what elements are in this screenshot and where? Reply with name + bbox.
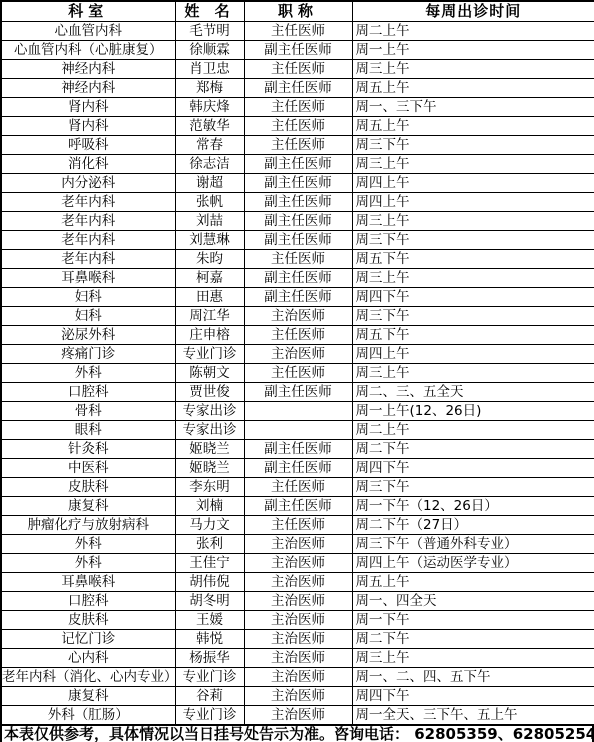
department-cell: 口腔科 [1, 591, 175, 610]
time-cell: 周二、三、五全天 [352, 382, 594, 401]
time-cell: 周一、二、四、五下午 [352, 667, 594, 686]
table-body: 心血管内科毛节明主任医师周二上午心血管内科（心脏康复）徐顺霖副主任医师周一上午神… [1, 21, 594, 725]
department-cell: 外科（肛肠） [1, 705, 175, 725]
name-cell: 专家出诊 [175, 420, 244, 439]
department-cell: 神经内科 [1, 78, 175, 97]
time-cell: 周三下午 [352, 230, 594, 249]
name-cell: 张利 [175, 534, 244, 553]
table-row: 外科王佳宁主治医师周四上午（运动医学专业） [1, 553, 594, 572]
time-cell: 周二上午 [352, 420, 594, 439]
name-cell: 徐志洁 [175, 154, 244, 173]
department-cell: 妇科 [1, 306, 175, 325]
table-row: 心血管内科（心脏康复）徐顺霖副主任医师周一上午 [1, 40, 594, 59]
table-row: 心内科杨振华主治医师周三上午 [1, 648, 594, 667]
name-cell: 姬晓兰 [175, 458, 244, 477]
department-cell: 皮肤科 [1, 610, 175, 629]
table-row: 耳鼻喉科柯嘉副主任医师周三上午 [1, 268, 594, 287]
department-cell: 泌尿外科 [1, 325, 175, 344]
table-row: 针灸科姬晓兰副主任医师周二下午 [1, 439, 594, 458]
title-cell [244, 401, 352, 420]
name-cell: 专业门诊 [175, 667, 244, 686]
title-cell: 主治医师 [244, 610, 352, 629]
doctor-schedule-table: 科室 姓 名 职称 每周出诊时间 心血管内科毛节明主任医师周二上午心血管内科（心… [0, 0, 594, 726]
title-cell: 主治医师 [244, 648, 352, 667]
name-cell: 郑梅 [175, 78, 244, 97]
department-cell: 内分泌科 [1, 173, 175, 192]
time-cell: 周四下午 [352, 287, 594, 306]
time-cell: 周四上午 [352, 344, 594, 363]
time-cell: 周五上午 [352, 116, 594, 135]
table-row: 肿瘤化疗与放射病科马力文主任医师周二下午（27日） [1, 515, 594, 534]
table-row: 消化科徐志洁副主任医师周三上午 [1, 154, 594, 173]
time-cell: 周一、四全天 [352, 591, 594, 610]
title-cell: 主治医师 [244, 572, 352, 591]
name-cell: 专家出诊 [175, 401, 244, 420]
title-cell [244, 420, 352, 439]
time-cell: 周五上午 [352, 572, 594, 591]
table-row: 妇科周江华主治医师周三下午 [1, 306, 594, 325]
title-cell: 主治医师 [244, 591, 352, 610]
table-row: 皮肤科李东明主任医师周三下午 [1, 477, 594, 496]
name-cell: 王佳宁 [175, 553, 244, 572]
name-cell: 刘喆 [175, 211, 244, 230]
table-row: 外科陈朝文主任医师周三上午 [1, 363, 594, 382]
table-row: 神经内科肖卫忠主任医师周三上午 [1, 59, 594, 78]
time-cell: 周二下午（27日） [352, 515, 594, 534]
table-row: 肾内科范敏华主任医师周五上午 [1, 116, 594, 135]
time-cell: 周四上午 [352, 173, 594, 192]
title-cell: 副主任医师 [244, 154, 352, 173]
time-cell: 周一上午(12、26日) [352, 401, 594, 420]
department-cell: 妇科 [1, 287, 175, 306]
name-cell: 柯嘉 [175, 268, 244, 287]
table-row: 呼吸科常春主任医师周三下午 [1, 135, 594, 154]
department-cell: 康复科 [1, 496, 175, 515]
time-cell: 周三上午 [352, 648, 594, 667]
department-cell: 外科 [1, 553, 175, 572]
name-cell: 李东明 [175, 477, 244, 496]
time-cell: 周一下午 [352, 610, 594, 629]
department-cell: 老年内科 [1, 230, 175, 249]
title-cell: 主任医师 [244, 21, 352, 40]
department-cell: 肾内科 [1, 116, 175, 135]
title-cell: 副主任医师 [244, 287, 352, 306]
title-cell: 主治医师 [244, 553, 352, 572]
title-cell: 主治医师 [244, 705, 352, 725]
table-row: 老年内科刘喆副主任医师周三上午 [1, 211, 594, 230]
name-cell: 常春 [175, 135, 244, 154]
time-cell: 周一下午（12、26日） [352, 496, 594, 515]
time-cell: 周一全天、三下午、五上午 [352, 705, 594, 725]
department-cell: 老年内科（消化、心内专业） [1, 667, 175, 686]
time-cell: 周三上午 [352, 154, 594, 173]
table-row: 眼科专家出诊周二上午 [1, 420, 594, 439]
name-cell: 张帆 [175, 192, 244, 211]
header-department: 科室 [1, 1, 175, 21]
time-cell: 周三上午 [352, 363, 594, 382]
name-cell: 姬晓兰 [175, 439, 244, 458]
title-cell: 副主任医师 [244, 78, 352, 97]
department-cell: 记忆门诊 [1, 629, 175, 648]
title-cell: 主任医师 [244, 116, 352, 135]
name-cell: 谷莉 [175, 686, 244, 705]
department-cell: 心内科 [1, 648, 175, 667]
time-cell: 周三下午（普通外科专业） [352, 534, 594, 553]
department-cell: 老年内科 [1, 192, 175, 211]
name-cell: 肖卫忠 [175, 59, 244, 78]
title-cell: 副主任医师 [244, 382, 352, 401]
name-cell: 刘慧琳 [175, 230, 244, 249]
title-cell: 主治医师 [244, 344, 352, 363]
name-cell: 韩悦 [175, 629, 244, 648]
time-cell: 周一、三下午 [352, 97, 594, 116]
table-row: 心血管内科毛节明主任医师周二上午 [1, 21, 594, 40]
table-row: 老年内科张帆副主任医师周四上午 [1, 192, 594, 211]
table-row: 记忆门诊韩悦主治医师周二下午 [1, 629, 594, 648]
time-cell: 周四下午 [352, 458, 594, 477]
name-cell: 王媛 [175, 610, 244, 629]
title-cell: 主治医师 [244, 306, 352, 325]
time-cell: 周三上午 [352, 268, 594, 287]
name-cell: 专业门诊 [175, 344, 244, 363]
department-cell: 老年内科 [1, 249, 175, 268]
time-cell: 周二下午 [352, 629, 594, 648]
header-schedule-time: 每周出诊时间 [352, 1, 594, 21]
name-cell: 韩庆烽 [175, 97, 244, 116]
department-cell: 康复科 [1, 686, 175, 705]
title-cell: 副主任医师 [244, 40, 352, 59]
time-cell: 周二下午 [352, 439, 594, 458]
title-cell: 主治医师 [244, 686, 352, 705]
table-row: 肾内科韩庆烽主任医师周一、三下午 [1, 97, 594, 116]
table-row: 耳鼻喉科胡伟倪主治医师周五上午 [1, 572, 594, 591]
title-cell: 主任医师 [244, 249, 352, 268]
table-row: 泌尿外科庄申榕主任医师周五下午 [1, 325, 594, 344]
table-row: 老年内科（消化、心内专业）专业门诊主治医师周一、二、四、五下午 [1, 667, 594, 686]
time-cell: 周三下午 [352, 306, 594, 325]
title-cell: 副主任医师 [244, 192, 352, 211]
name-cell: 专业门诊 [175, 705, 244, 725]
header-title: 职称 [244, 1, 352, 21]
table-row: 外科张利主治医师周三下午（普通外科专业） [1, 534, 594, 553]
table-row: 疼痛门诊专业门诊主治医师周四上午 [1, 344, 594, 363]
department-cell: 老年内科 [1, 211, 175, 230]
doctor-schedule-page: 科室 姓 名 职称 每周出诊时间 心血管内科毛节明主任医师周二上午心血管内科（心… [0, 0, 594, 742]
table-row: 皮肤科王媛主治医师周一下午 [1, 610, 594, 629]
time-cell: 周五下午 [352, 249, 594, 268]
name-cell: 刘楠 [175, 496, 244, 515]
table-row: 外科（肛肠）专业门诊主治医师周一全天、三下午、五上午 [1, 705, 594, 725]
table-row: 口腔科贾世俊副主任医师周二、三、五全天 [1, 382, 594, 401]
name-cell: 朱昀 [175, 249, 244, 268]
time-cell: 周三下午 [352, 477, 594, 496]
name-cell: 范敏华 [175, 116, 244, 135]
time-cell: 周五上午 [352, 78, 594, 97]
time-cell: 周三上午 [352, 59, 594, 78]
table-row: 老年内科刘慧琳副主任医师周三下午 [1, 230, 594, 249]
title-cell: 副主任医师 [244, 173, 352, 192]
title-cell: 副主任医师 [244, 496, 352, 515]
title-cell: 副主任医师 [244, 268, 352, 287]
name-cell: 胡冬明 [175, 591, 244, 610]
title-cell: 主治医师 [244, 667, 352, 686]
department-cell: 耳鼻喉科 [1, 268, 175, 287]
name-cell: 徐顺霖 [175, 40, 244, 59]
title-cell: 副主任医师 [244, 458, 352, 477]
table-row: 神经内科郑梅副主任医师周五上午 [1, 78, 594, 97]
department-cell: 针灸科 [1, 439, 175, 458]
department-cell: 心血管内科（心脏康复） [1, 40, 175, 59]
table-row: 妇科田惠副主任医师周四下午 [1, 287, 594, 306]
department-cell: 心血管内科 [1, 21, 175, 40]
department-cell: 皮肤科 [1, 477, 175, 496]
time-cell: 周四上午 [352, 192, 594, 211]
title-cell: 主任医师 [244, 515, 352, 534]
department-cell: 骨科 [1, 401, 175, 420]
title-cell: 副主任医师 [244, 439, 352, 458]
department-cell: 外科 [1, 363, 175, 382]
time-cell: 周一上午 [352, 40, 594, 59]
name-cell: 陈朝文 [175, 363, 244, 382]
time-cell: 周二上午 [352, 21, 594, 40]
footer-note: 本表仅供参考，具体情况以当日挂号处告示为准。咨询电话： 62805359、628… [0, 726, 594, 742]
table-row: 骨科专家出诊周一上午(12、26日) [1, 401, 594, 420]
department-cell: 眼科 [1, 420, 175, 439]
department-cell: 消化科 [1, 154, 175, 173]
time-cell: 周三下午 [352, 135, 594, 154]
name-cell: 毛节明 [175, 21, 244, 40]
department-cell: 肾内科 [1, 97, 175, 116]
name-cell: 马力文 [175, 515, 244, 534]
time-cell: 周四上午（运动医学专业） [352, 553, 594, 572]
name-cell: 庄申榕 [175, 325, 244, 344]
department-cell: 疼痛门诊 [1, 344, 175, 363]
title-cell: 主任医师 [244, 97, 352, 116]
name-cell: 谢超 [175, 173, 244, 192]
table-row: 口腔科胡冬明主治医师周一、四全天 [1, 591, 594, 610]
name-cell: 贾世俊 [175, 382, 244, 401]
table-row: 康复科谷莉主治医师周四下午 [1, 686, 594, 705]
table-row: 老年内科朱昀主任医师周五下午 [1, 249, 594, 268]
title-cell: 主治医师 [244, 534, 352, 553]
name-cell: 杨振华 [175, 648, 244, 667]
title-cell: 主任医师 [244, 363, 352, 382]
time-cell: 周五下午 [352, 325, 594, 344]
department-cell: 呼吸科 [1, 135, 175, 154]
department-cell: 外科 [1, 534, 175, 553]
title-cell: 主任医师 [244, 59, 352, 78]
department-cell: 神经内科 [1, 59, 175, 78]
department-cell: 中医科 [1, 458, 175, 477]
time-cell: 周四下午 [352, 686, 594, 705]
time-cell: 周三上午 [352, 211, 594, 230]
department-cell: 肿瘤化疗与放射病科 [1, 515, 175, 534]
title-cell: 主任医师 [244, 325, 352, 344]
table-row: 康复科刘楠副主任医师周一下午（12、26日） [1, 496, 594, 515]
title-cell: 主治医师 [244, 629, 352, 648]
title-cell: 主任医师 [244, 135, 352, 154]
title-cell: 主任医师 [244, 477, 352, 496]
table-row: 内分泌科谢超副主任医师周四上午 [1, 173, 594, 192]
department-cell: 耳鼻喉科 [1, 572, 175, 591]
title-cell: 副主任医师 [244, 230, 352, 249]
name-cell: 田惠 [175, 287, 244, 306]
title-cell: 副主任医师 [244, 211, 352, 230]
header-name: 姓 名 [175, 1, 244, 21]
name-cell: 胡伟倪 [175, 572, 244, 591]
name-cell: 周江华 [175, 306, 244, 325]
header-row: 科室 姓 名 职称 每周出诊时间 [1, 1, 594, 21]
department-cell: 口腔科 [1, 382, 175, 401]
table-row: 中医科姬晓兰副主任医师周四下午 [1, 458, 594, 477]
